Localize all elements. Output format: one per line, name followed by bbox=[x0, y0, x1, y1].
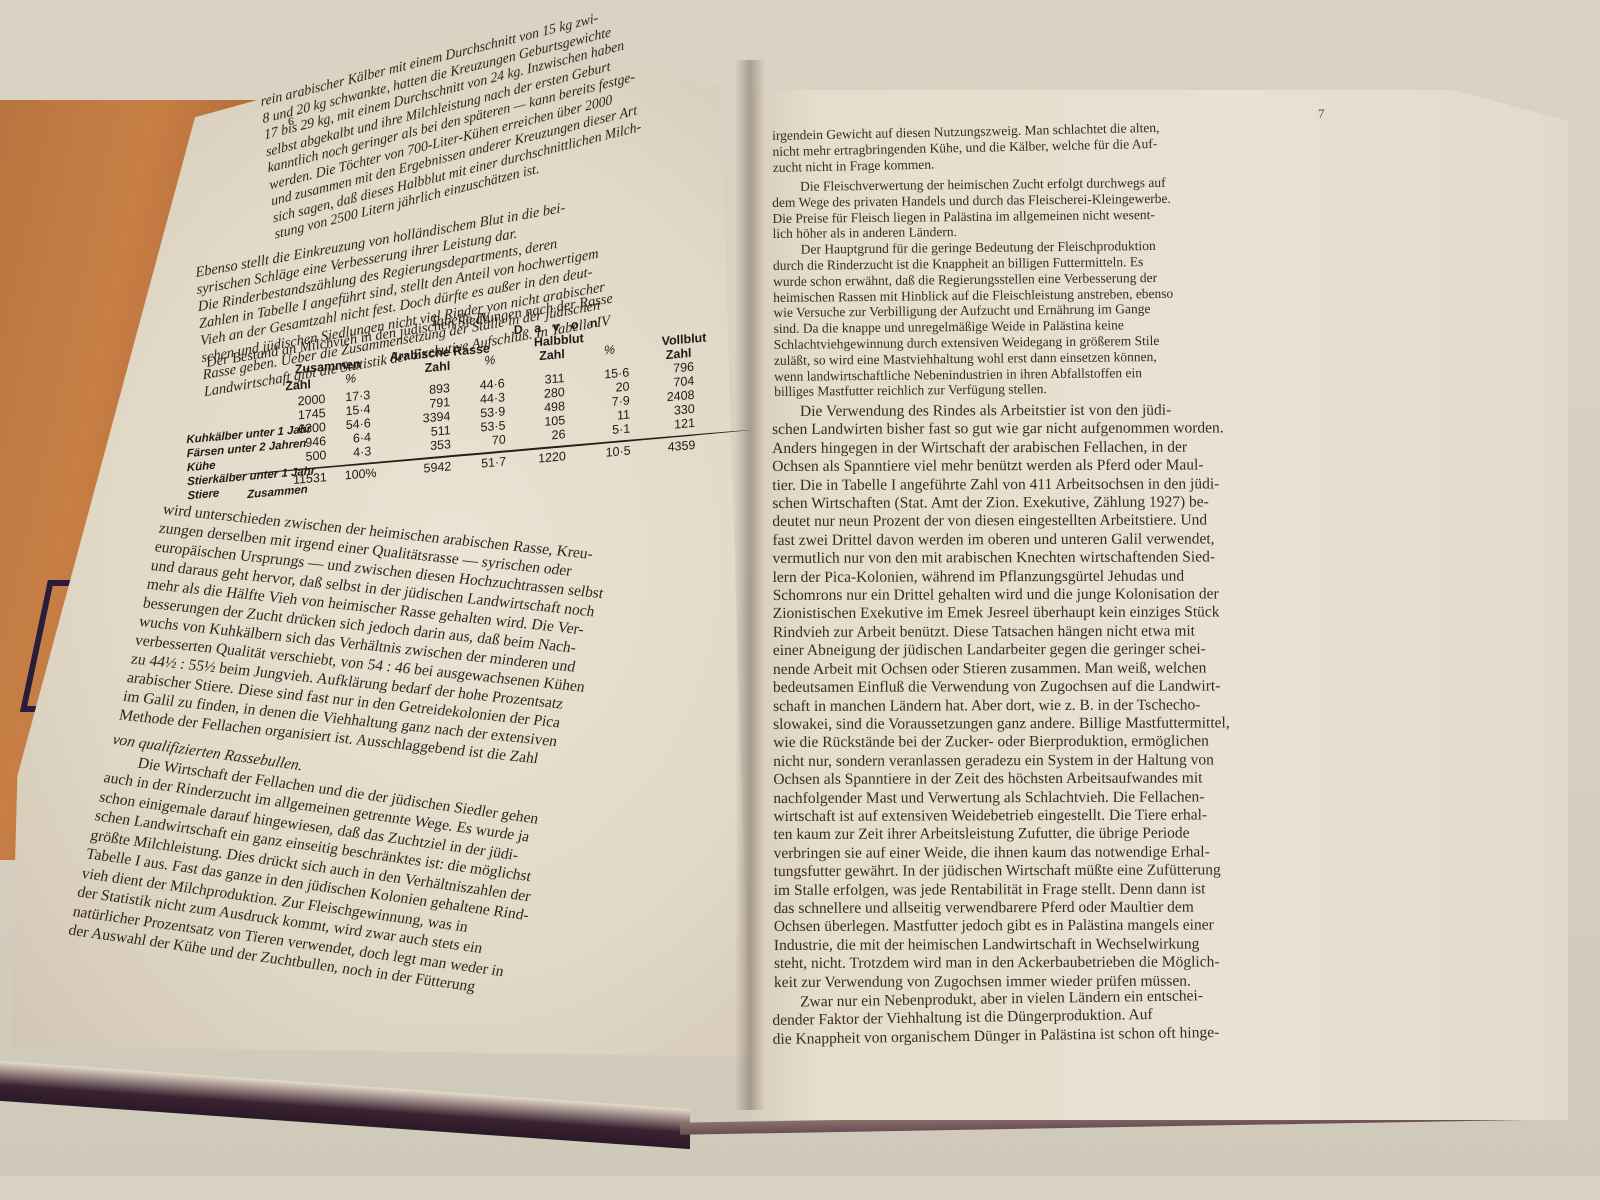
text-line: Die Verwendung des Rindes als Arbeitstie… bbox=[772, 400, 1462, 421]
header-zahl: Zahl bbox=[425, 359, 451, 375]
text-line: schen Landwirten bisher fast so gut wie … bbox=[772, 419, 1462, 440]
text-line: slowakei, sind die Voraussetzungen ganz … bbox=[773, 713, 1463, 734]
text-line: Industrie, die mit der heimischen Landwi… bbox=[774, 934, 1464, 955]
text-line: wirtschaft ist auf extensiven Weidebetri… bbox=[773, 805, 1463, 826]
text-line: ten kaum zur Zeit ihrer Arbeitsleistung … bbox=[773, 823, 1463, 844]
text-line: im Stalle erfolgen, was jede Rentabilitä… bbox=[774, 879, 1464, 900]
text-line: Anders hingegen in der Wirtschaft der ar… bbox=[772, 437, 1462, 458]
text-line: Rindvieh zur Arbeit benützt. Diese Tatsa… bbox=[773, 621, 1463, 642]
text-line: nachfolgender Mast und Verwertung als Sc… bbox=[773, 787, 1463, 808]
text-line: verbringen sie auf einer Weide, die ihne… bbox=[774, 842, 1464, 863]
text-line: tier. Die in Tabelle I angeführte Zahl v… bbox=[772, 474, 1462, 495]
paragraph: Zwar nur ein Nebenprodukt, aber in viele… bbox=[772, 983, 1463, 1049]
text-line: bedeutsamen Einfluß die Verwendung von Z… bbox=[773, 676, 1463, 697]
text-line: lern der Pica-Kolonien, während im Pflan… bbox=[773, 566, 1463, 587]
text-line: nende Arbeit mit Ochsen oder Stieren zus… bbox=[773, 658, 1463, 679]
text-line: Ochsen als Spanntiere in der Zeit des hö… bbox=[773, 768, 1463, 789]
text-line: nicht nur, sondern veranlassen geradezu … bbox=[773, 750, 1463, 771]
text-line: Schomrons nur ein Drittel gehalten wird … bbox=[773, 584, 1463, 605]
text-line: einer Abneigung der jüdischen Landarbeit… bbox=[773, 639, 1463, 660]
right-page-text: irgendein Gewicht auf diesen Nutzungszwe… bbox=[772, 128, 1462, 1049]
text-line: Zionistischen Exekutive im Emek Jesreel … bbox=[773, 603, 1463, 624]
text-line: vermutlich nur von den mit arabischen Kn… bbox=[773, 547, 1463, 568]
text-line: Ochsen als Spanntiere viel mehr benützt … bbox=[772, 455, 1462, 476]
row-label: Kühe bbox=[187, 460, 216, 475]
text-line: fast zwei Drittel davon werden im oberen… bbox=[772, 529, 1462, 550]
header-zahl: Zahl bbox=[285, 377, 311, 393]
book-gutter bbox=[735, 60, 765, 1110]
photo-scene: 6 rein arabischer Kälber mit einem Durch… bbox=[0, 0, 1568, 1176]
paragraph: Die Verwendung des Rindes als Arbeitstie… bbox=[772, 400, 1464, 991]
header-percent: % bbox=[345, 371, 356, 386]
text-line: deutet nur neun Prozent der von diesen e… bbox=[772, 511, 1462, 532]
text-line: steht, nicht. Trotzdem wird man in den A… bbox=[774, 952, 1464, 973]
header-zahl: Zahl bbox=[539, 347, 565, 363]
text-line: Ochsen überlegen. Mastfutter jedoch gibt… bbox=[774, 916, 1464, 937]
text-line: tungsfutter gewährt. In der jüdischen Wi… bbox=[774, 860, 1464, 881]
paragraph: Die Fleischverwertung der heimischen Zuc… bbox=[772, 172, 1464, 400]
text-line: schaft in manchen Ländern hat. Aber dort… bbox=[773, 695, 1463, 716]
text-line: das schnellere und allseitig verwendbare… bbox=[774, 897, 1464, 918]
header-percent: % bbox=[484, 353, 495, 368]
text-line: wie die Rückstände bei der Zucker- oder … bbox=[773, 731, 1463, 752]
text-line: schen Wirtschaften (Stat. Amt der Zion. … bbox=[772, 492, 1462, 513]
header-percent: % bbox=[604, 342, 615, 357]
page-block-left bbox=[0, 1061, 690, 1149]
